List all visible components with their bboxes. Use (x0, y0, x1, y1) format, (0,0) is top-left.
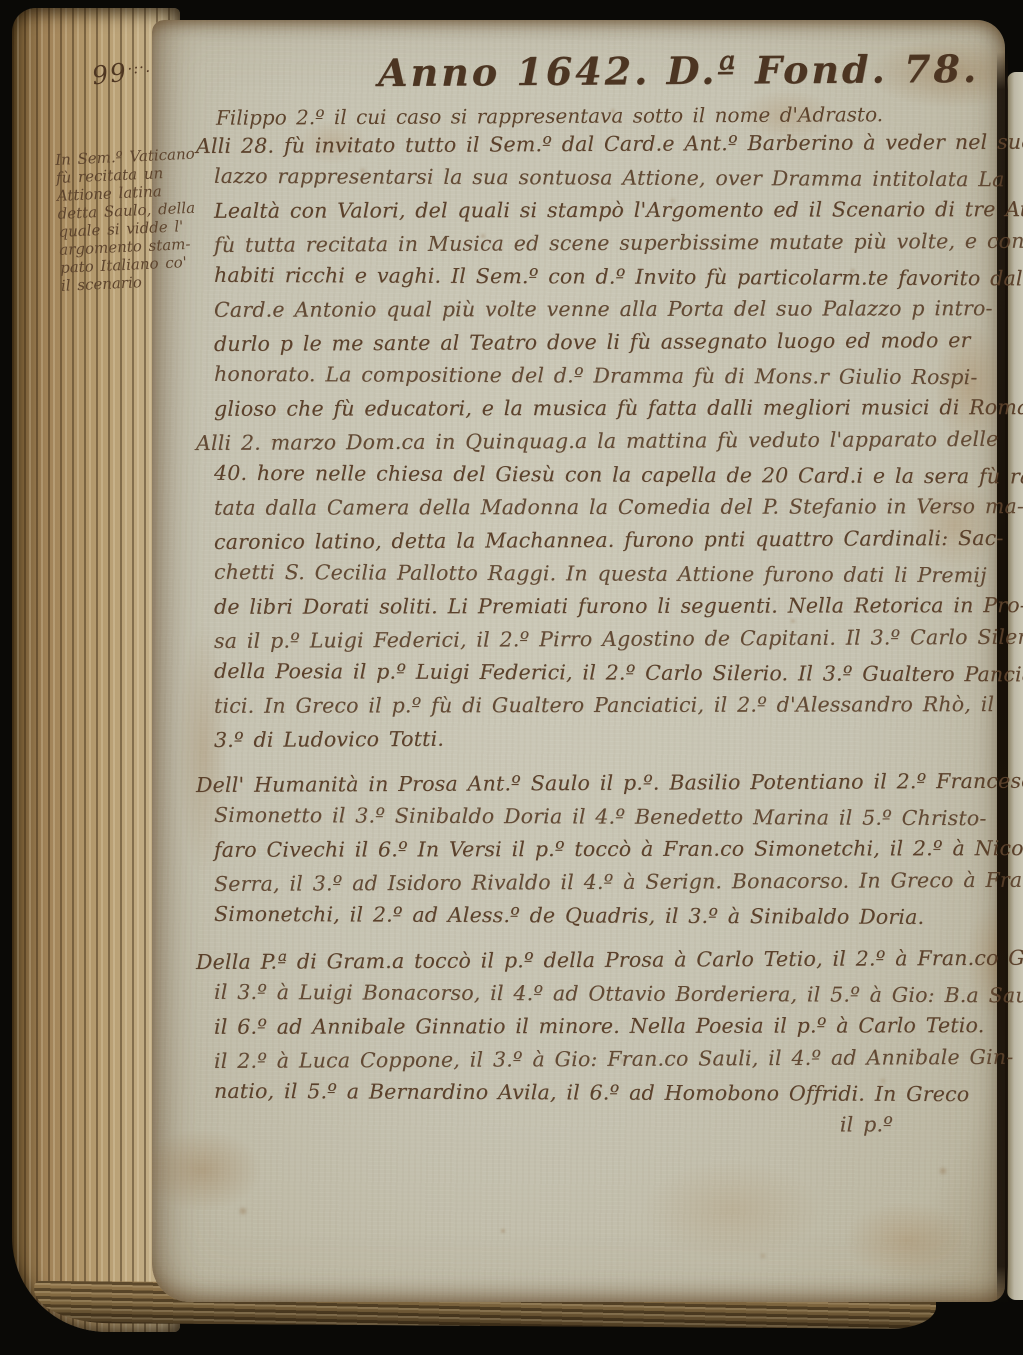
text-line: Alli 28. fù invitato tutto il Sem.º dal … (196, 126, 971, 163)
folio-flourish-mark: ·:·. (126, 57, 151, 78)
paragraph-2: Dell' Humanità in Prosa Ant.º Saulo il p… (214, 767, 971, 932)
text-line: faro Civechi il 6.º In Versi il p.º tocc… (214, 832, 971, 867)
text-line: glioso che fù educatori, e la musica fù … (214, 391, 971, 426)
text-line: Serra, il 3.º ad Isidoro Rivaldo il 4.º … (214, 864, 971, 901)
text-line: natio, il 5.º a Bernardino Avila, il 6.º… (214, 1075, 971, 1111)
folio-number: 99·:·. (90, 55, 152, 91)
text-line: Simonetto il 3.º Sinibaldo Doria il 4.º … (214, 799, 971, 835)
paragraph-3: Della P.ª di Gram.a toccò il p.º della P… (214, 944, 971, 1142)
text-line: della Poesia il p.º Luigi Federici, il 2… (214, 655, 971, 691)
paragraph-1: Alli 28. fù invitato tutto il Sem.º dal … (214, 128, 971, 755)
text-line: il 2.º à Luca Coppone, il 3.º à Gio: Fra… (214, 1041, 971, 1078)
header-subline: Filippo 2.º il cui caso si rappresentava… (216, 102, 883, 129)
text-line: tici. In Greco il p.º fù di Gualtero Pan… (214, 688, 971, 723)
text-line: tata dalla Camera della Madonna la Comed… (214, 490, 971, 525)
text-line: habiti ricchi e vaghi. Il Sem.º con d.º … (214, 259, 971, 295)
body-text: Alli 28. fù invitato tutto il Sem.º dal … (196, 128, 971, 1142)
text-line: de libri Dorati soliti. Li Premiati furo… (214, 589, 971, 624)
manuscript-photo: 99·:·. Anno 1642. D.ª Fond. 78. Filippo … (0, 0, 1023, 1355)
catchword: il p.º (214, 1108, 971, 1143)
page-header: Anno 1642. D.ª Fond. 78. (378, 46, 979, 95)
text-line: Simonetchi, il 2.º ad Aless.º de Quadris… (214, 898, 971, 934)
text-line: chetti S. Cecilia Pallotto Raggi. In que… (214, 556, 971, 592)
text-line: Della P.ª di Gram.a toccò il p.º della P… (196, 942, 971, 979)
text-line: caronico latino, detta la Machannea. fur… (214, 522, 971, 559)
text-line: il 6.º ad Annibale Ginnatio il minore. N… (214, 1009, 971, 1044)
text-line: il 3.º à Luigi Bonacorso, il 4.º ad Otta… (214, 976, 971, 1012)
text-line: Alli 2. marzo Dom.ca in Quinquag.a la ma… (196, 423, 971, 460)
text-line: Card.e Antonio qual più volte venne alla… (214, 292, 971, 327)
text-line: Dell' Humanità in Prosa Ant.º Saulo il p… (196, 765, 971, 802)
text-line: durlo p le me sante al Teatro dove li fù… (214, 324, 971, 361)
text-line: 3.º di Ludovico Totti. (214, 720, 971, 757)
text-line: fù tutta recitata in Musica ed scene sup… (214, 225, 971, 262)
text-line: 40. hore nelle chiesa del Giesù con la c… (214, 457, 971, 493)
text-line: honorato. La compositione del d.º Dramma… (214, 358, 971, 394)
text-line: lazzo rappresentarsi la sua sontuosa Att… (214, 160, 971, 196)
folio-number-value: 99 (90, 57, 129, 90)
text-line: Lealtà con Valori, del quali si stampò l… (214, 193, 971, 228)
handwriting-layer: 99·:·. Anno 1642. D.ª Fond. 78. Filippo … (0, 0, 1023, 1355)
text-line: sa il p.º Luigi Federici, il 2.º Pirro A… (214, 621, 971, 658)
